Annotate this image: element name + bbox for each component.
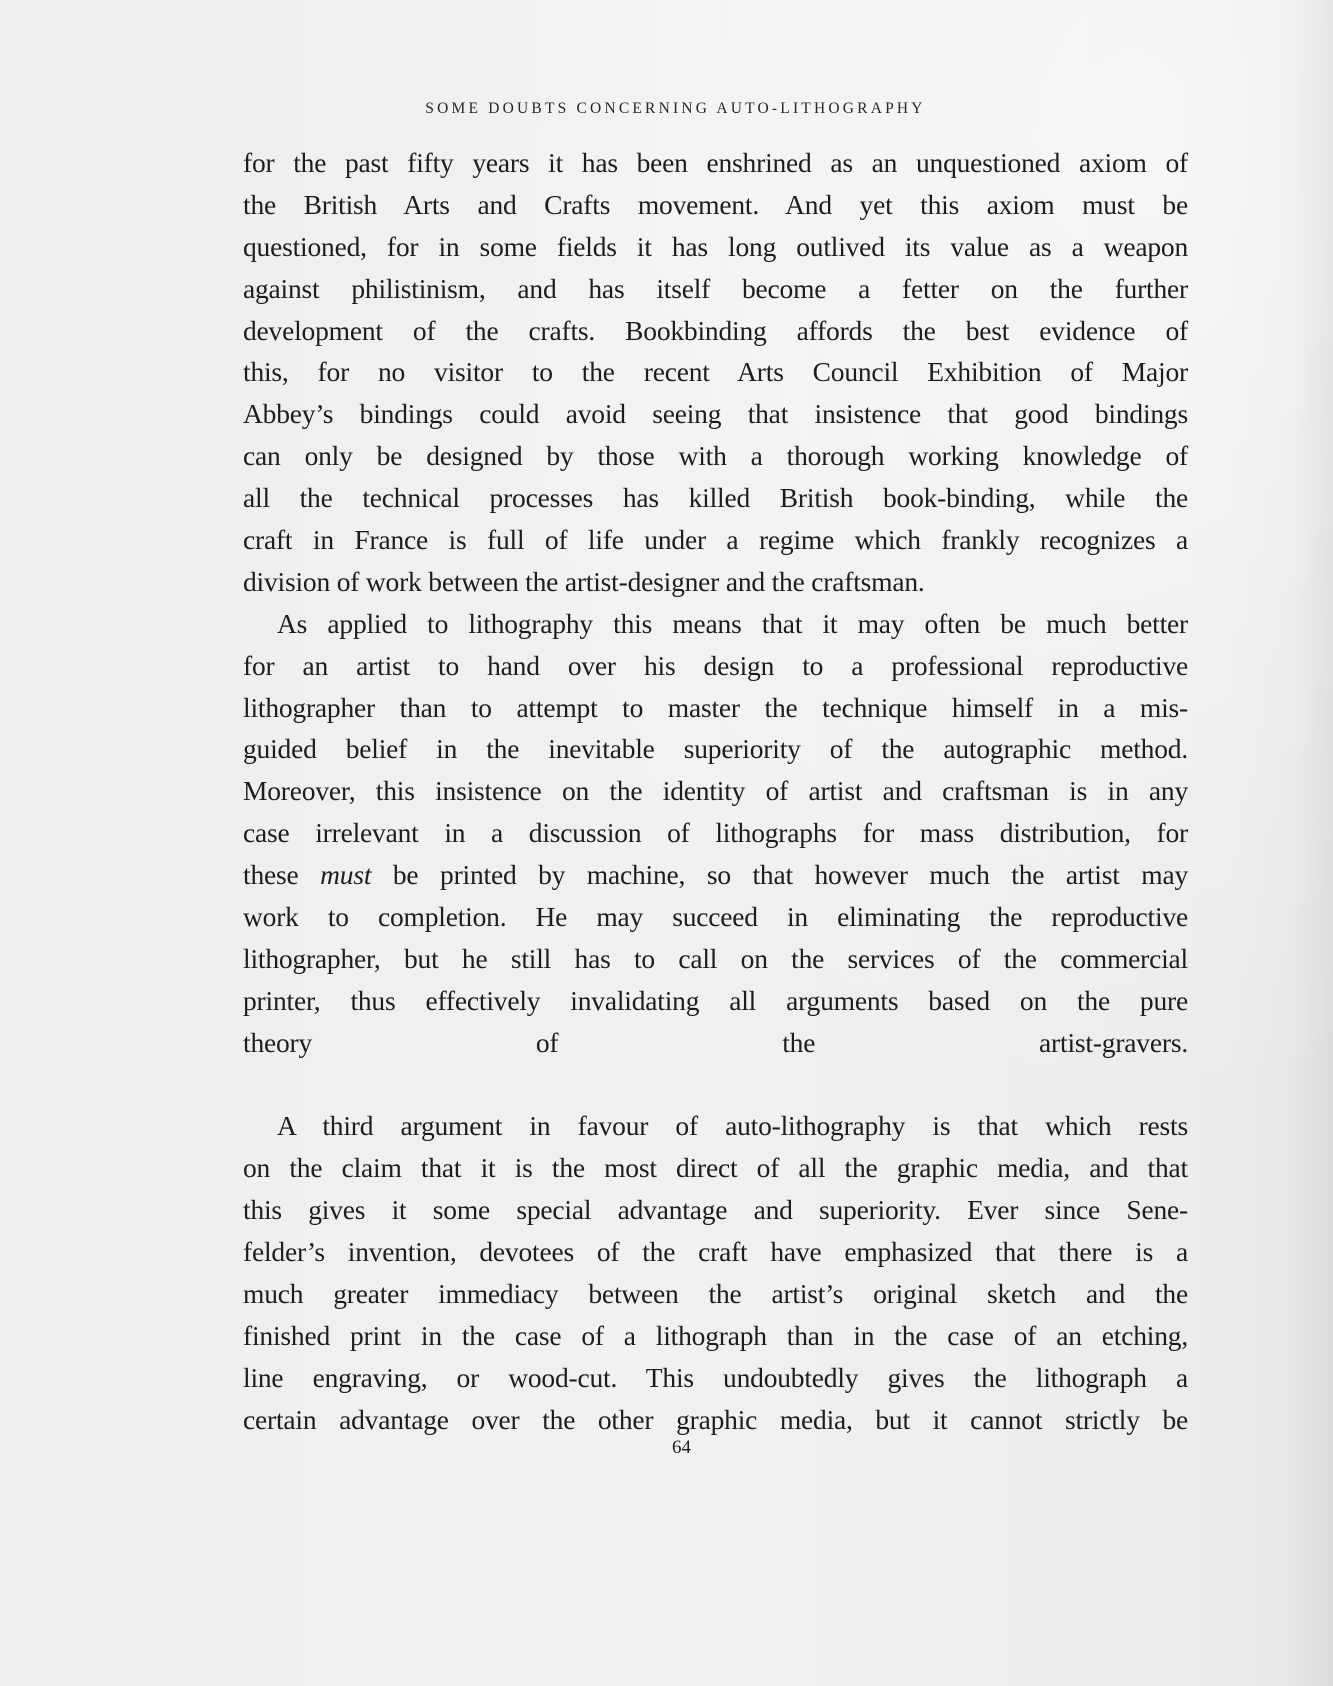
text-line: work to completion. He may succeed in el… [243,896,1188,938]
text-segment: these [243,859,320,890]
text-line: the British Arts and Crafts movement. An… [243,184,1188,226]
text-line: A third argument in favour of auto-litho… [243,1105,1188,1147]
text-line: this, for no visitor to the recent Arts … [243,351,1188,393]
text-line: development of the crafts. Bookbinding a… [243,310,1188,352]
text-line: theory of the artist-gravers. [243,1022,1188,1064]
text-line: Moreover, this insistence on the identit… [243,770,1188,812]
text-line: guided belief in the inevitable superior… [243,728,1188,770]
text-line: for the past fifty years it has been ens… [243,142,1188,184]
text-line: Abbey’s bindings could avoid seeing that… [243,393,1188,435]
text-line-with-emphasis: these must be printed by machine, so tha… [243,854,1188,896]
book-page: SOME DOUBTS CONCERNING AUTO-LITHOGRAPHY … [0,0,1333,1686]
paragraph-3: A third argument in favour of auto-litho… [243,1105,1188,1440]
text-line: line engraving, or wood-cut. This undoub… [243,1357,1188,1399]
emphasized-word: must [320,859,371,890]
text-line: much greater immediacy between the artis… [243,1273,1188,1315]
text-line: questioned, for in some fields it has lo… [243,226,1188,268]
text-segment: be printed by machine, so that however m… [371,859,1188,890]
text-line: As applied to lithography this means tha… [243,603,1188,645]
scan-edge-shadow [1293,0,1333,1686]
text-line: printer, thus effectively invalidating a… [243,980,1188,1022]
text-line: can only be designed by those with a tho… [243,435,1188,477]
running-head: SOME DOUBTS CONCERNING AUTO-LITHOGRAPHY [0,100,1333,118]
text-line [243,1064,1188,1106]
paragraph-1: for the past fifty years it has been ens… [243,142,1188,603]
text-line: certain advantage over the other graphic… [243,1399,1188,1441]
text-line: all the technical processes has killed B… [243,477,1188,519]
text-line: division of work between the artist-desi… [243,561,1188,603]
page-number: 64 [0,1437,1333,1459]
text-line: case irrelevant in a discussion of litho… [243,812,1188,854]
text-line: lithographer, but he still has to call o… [243,938,1188,980]
text-line: lithographer than to attempt to master t… [243,687,1188,729]
text-line: against philistinism, and has itself bec… [243,268,1188,310]
body-text: for the past fifty years it has been ens… [243,142,1188,1441]
text-line: this gives it some special advantage and… [243,1189,1188,1231]
text-line: on the claim that it is the most direct … [243,1147,1188,1189]
paragraph-2: As applied to lithography this means tha… [243,603,1188,1106]
text-line: for an artist to hand over his design to… [243,645,1188,687]
text-line: felder’s invention, devotees of the craf… [243,1231,1188,1273]
text-line: craft in France is full of life under a … [243,519,1188,561]
text-line: finished print in the case of a lithogra… [243,1315,1188,1357]
